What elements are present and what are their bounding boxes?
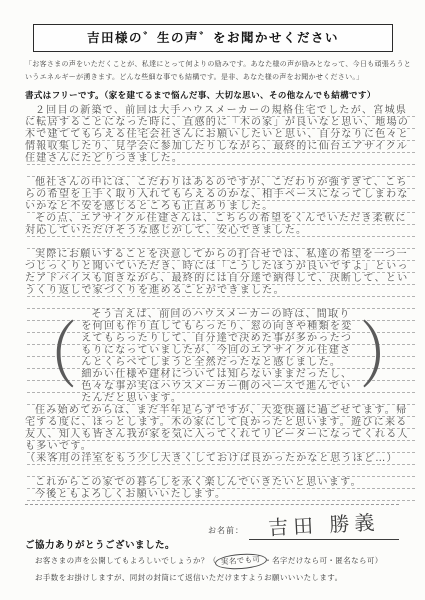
letter-paragraph-6: これからこの家での暮らしを永く楽しんでいきたいと思います。 今後ともよろしくお願… — [25, 477, 415, 501]
reply-request-note: お手数をお掛けしますが、同封の封筒にて返信いただけますようお願いいいたします。 — [35, 572, 415, 584]
page-title: 吉田様の゛生の声゛をお聞かせください — [87, 31, 339, 45]
consent-note-prefix: お客さまの声を公開してもよろしいでしょうか？（ — [35, 556, 217, 565]
letter-paragraph-4-aside: （ そう言えば、前回のハウスメーカーの時は、間取りを何回も作り直してもらったり、… — [25, 309, 415, 405]
consent-note-suffix: ・名字だけなら可・匿名なら可） — [264, 556, 383, 565]
name-row: お名前： 吉田 勝義 — [208, 509, 399, 540]
letter-paragraph-4a: そう言えば、前回のハウスメーカーの時は、間取りを何回も作り直してもらったり、窓の… — [81, 309, 356, 369]
big-parenthesis-close: ） — [360, 312, 419, 402]
letter-paragraph-3: 実際にお願いすることを決意してからの打合せでは、私達の希望を一つ一つじっくりと聞… — [25, 249, 415, 297]
format-note-rest: （家を建てるまで悩んだ事、大切な思い、その他なんでも結構です） — [104, 90, 376, 100]
publish-consent-note: お客さまの声を公開してもよろしいでしょうか？（実名でも可・名字だけなら可・匿名な… — [35, 554, 415, 569]
dashed-separator — [25, 504, 399, 505]
letter-paragraph-4b: 細かい仕様や建材については知らないままだったし、色々な事が実はハウスメーカー側の… — [81, 369, 356, 405]
circled-option-real-name: 実名でも可 — [214, 552, 266, 571]
letter-paragraph-2b: その点、エアサイクル住建さんは、こちらの希望をくんでいただき柔軟に対応していただ… — [25, 213, 415, 237]
letter-paragraph-5: 住み始めてからは、まだ半年足らずですが、大変快適に過ごせてます。帰宅する度に、ほ… — [25, 405, 415, 465]
letter-paragraph-6a: これからこの家での暮らしを永く楽しんでいきたいと思います。 — [25, 477, 415, 489]
letter-paragraph-5a: 住み始めてからは、まだ半年足らずですが、大変快適に過ごせてます。帰宅する度に、ほ… — [25, 405, 415, 453]
big-parenthesis-open: （ — [19, 312, 78, 402]
letter-paragraph-5b: （来客用の洋室をもう少し大きくしておけば良かったかなと思うほど…） — [25, 453, 415, 465]
footer: お名前： 吉田 勝義 ご協力ありがとうございました。 お客さまの声を公開してもよ… — [25, 504, 415, 584]
format-note-bold: 書式はフリーです。 — [25, 90, 104, 100]
handwritten-letter-area: ２回目の新築で、前回は大手ハウスメーカーの規格住宅でしたが、宮城県に転居すること… — [25, 105, 415, 501]
letter-paragraph-2a: 他社さんの中には、こだわりはあるのですが、こだわりが強すぎて、こちらの希望を上手… — [25, 177, 415, 213]
intro-quote-text: 「お客さまの声をいただくことが、私達にとって何よりの励みです。あなた様の声が励み… — [25, 58, 413, 84]
signature-handwritten: 吉田 勝義 — [268, 506, 381, 541]
letter-paragraph-4: そう言えば、前回のハウスメーカーの時は、間取りを何回も作り直してもらったり、窓の… — [78, 309, 359, 405]
name-label: お名前： — [208, 525, 244, 540]
letter-paragraph-1: ２回目の新築で、前回は大手ハウスメーカーの規格住宅でしたが、宮城県に転居すること… — [25, 105, 415, 165]
letter-paragraph-6b: 今後ともよろしくお願いいたします。 — [25, 489, 415, 501]
scanned-survey-page: 吉田様の゛生の声゛をお聞かせください 「お客さまの声をいただくことが、私達にとっ… — [0, 0, 425, 600]
format-note: 書式はフリーです。（家を建てるまで悩んだ事、大切な思い、その他なんでも結構です） — [25, 89, 415, 101]
title-box: 吉田様の゛生の声゛をお聞かせください — [33, 24, 393, 52]
signature-line: 吉田 勝義 — [249, 509, 399, 540]
letter-paragraph-2: 他社さんの中には、こだわりはあるのですが、こだわりが強すぎて、こちらの希望を上手… — [25, 177, 415, 237]
